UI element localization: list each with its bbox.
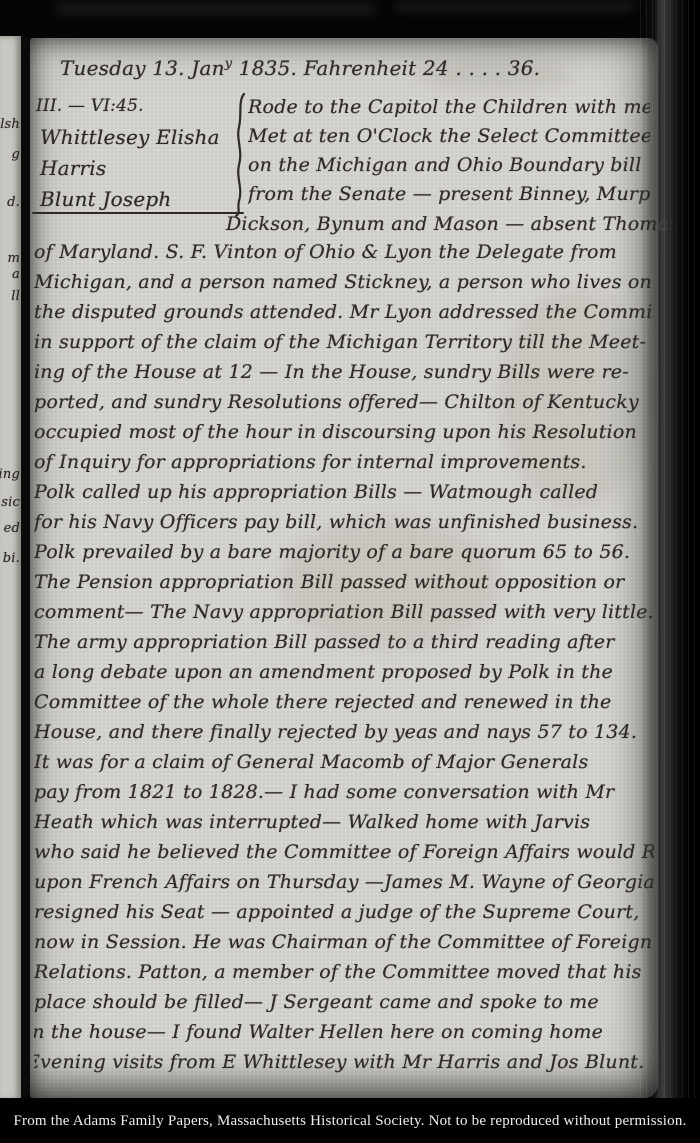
manuscript-line: Relations. Patton, a member of the Commi… xyxy=(34,957,654,987)
book-gutter xyxy=(21,36,30,1100)
facing-page-sliver: lsh g d. m a ll cting sic ed bi. xyxy=(0,36,21,1100)
facing-page-fragment: cting xyxy=(0,468,20,482)
facing-page-fragment: bi. xyxy=(3,552,20,566)
manuscript-line: of Inquiry for appropriations for intern… xyxy=(34,447,654,477)
manuscript-line: the disputed grounds attended. Mr Lyon a… xyxy=(34,297,654,327)
manuscript-line: from the Senate — present Binney, Murphy… xyxy=(248,180,650,209)
microfilm-scan: lsh g d. m a ll cting sic ed bi. Tuesday… xyxy=(0,0,700,1143)
manuscript-line: on the Michigan and Ohio Boundary bill xyxy=(248,151,650,180)
entry-body-block: of Maryland. S. F. Vinton of Ohio & Lyon… xyxy=(34,237,654,1077)
manuscript-line: in the house— I found Walter Hellen here… xyxy=(34,1017,654,1047)
date-rest: 1835. Fahrenheit 24 . . . . 36. xyxy=(232,56,540,80)
manuscript-line: The army appropriation Bill passed to a … xyxy=(34,627,654,657)
manuscript-line: Met at ten O'Clock the Select Committee xyxy=(248,122,650,151)
facing-page-fragment: a xyxy=(12,268,20,282)
manuscript-line: for his Navy Officers pay bill, which wa… xyxy=(34,507,654,537)
facing-page-fragment: g xyxy=(11,148,20,162)
visitor-name: Harris xyxy=(40,153,220,184)
manuscript-line: upon French Affairs on Thursday —James M… xyxy=(34,867,654,897)
entry-indented-block: Rode to the Capitol the Children with me… xyxy=(248,93,650,209)
manuscript-line: a long debate upon an amendment proposed… xyxy=(34,657,654,687)
manuscript-line: House, and there finally rejected by yea… xyxy=(34,717,654,747)
manuscript-line: ing of the House at 12 — In the House, s… xyxy=(34,357,654,387)
date-prefix: Tuesday 13. Jan xyxy=(60,56,225,80)
manuscript-line: in support of the claim of the Michigan … xyxy=(34,327,654,357)
manuscript-line: It was for a claim of General Macomb of … xyxy=(34,747,654,777)
manuscript-line: place should be filled— J Sergeant came … xyxy=(34,987,654,1017)
archive-caption: From the Adams Family Papers, Massachuse… xyxy=(0,1113,700,1130)
manuscript-line: Heath which was interrupted— Walked home… xyxy=(34,807,654,837)
facing-page-fragment: ed xyxy=(4,522,20,536)
manuscript-line: The Pension appropriation Bill passed wi… xyxy=(34,567,654,597)
manuscript-line: now in Session. He was Chairman of the C… xyxy=(34,927,654,957)
entry-brace xyxy=(233,93,249,217)
manuscript-line: of Maryland. S. F. Vinton of Ohio & Lyon… xyxy=(34,237,654,267)
manuscript-line: Michigan, and a person named Stickney, a… xyxy=(34,267,654,297)
manuscript-page: Tuesday 13. Jany 1835. Fahrenheit 24 . .… xyxy=(30,38,658,1098)
manuscript-line: occupied most of the hour in discoursing… xyxy=(34,417,654,447)
manuscript-line: ported, and sundry Resolutions offered— … xyxy=(34,387,654,417)
manuscript-line: Polk called up his appropriation Bills —… xyxy=(34,477,654,507)
manuscript-line: resigned his Seat — appointed a judge of… xyxy=(34,897,654,927)
visitor-name: Whittlesey Elisha xyxy=(40,122,220,153)
margin-visitor-names: Whittlesey Elisha Harris Blunt Joseph xyxy=(40,122,220,215)
margin-session-time: III. — VI:45. xyxy=(36,96,144,116)
film-smudge xyxy=(395,1,635,12)
manuscript-line: pay from 1821 to 1828.— I had some conve… xyxy=(34,777,654,807)
manuscript-line: Rode to the Capitol the Children with me… xyxy=(248,93,650,122)
facing-page-fragment: m xyxy=(7,252,20,266)
facing-page-fragment: ll xyxy=(11,290,20,304)
manuscript-line: who said he believed the Committee of Fo… xyxy=(34,837,654,867)
manuscript-line: Dickson, Bynum and Mason — absent Thomas xyxy=(226,213,679,235)
manuscript-line: comment— The Navy appropriation Bill pas… xyxy=(34,597,654,627)
manuscript-line: Polk prevailed by a bare majority of a b… xyxy=(34,537,654,567)
margin-rule-line xyxy=(32,212,244,214)
manuscript-line: Evening visits from E Whittlesey with Mr… xyxy=(34,1047,654,1077)
date-heading: Tuesday 13. Jany 1835. Fahrenheit 24 . .… xyxy=(60,56,540,80)
facing-page-fragment: sic xyxy=(1,496,20,510)
facing-page-fragment: lsh xyxy=(0,118,20,132)
visitor-name: Blunt Joseph xyxy=(40,184,220,215)
facing-page-fragment: d. xyxy=(7,196,20,210)
film-smudge xyxy=(55,2,375,15)
manuscript-line: Committee of the whole there rejected an… xyxy=(34,687,654,717)
